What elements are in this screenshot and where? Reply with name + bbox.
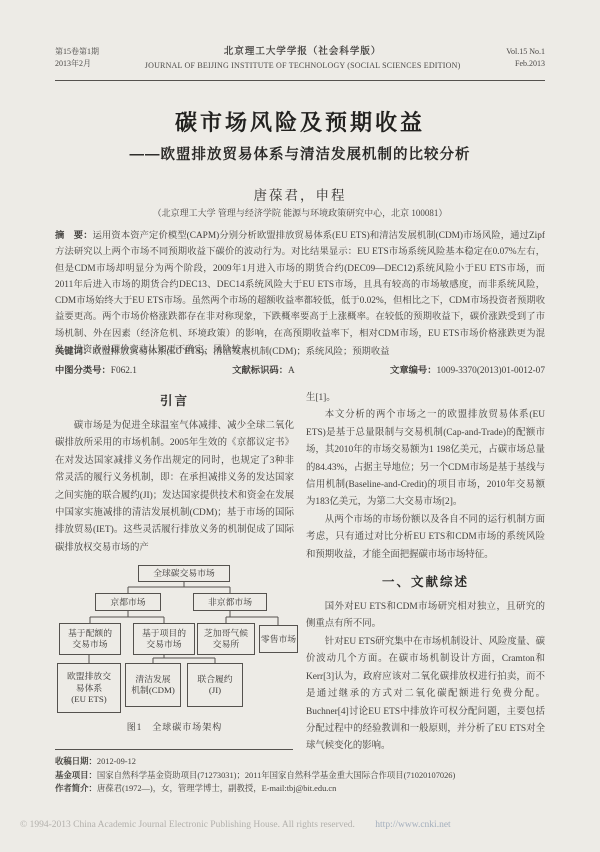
- clc-number: 中图分类号：F062.1: [55, 362, 137, 376]
- abstract-text: 运用资本资产定价模型(CAPM)分别分析欧盟排放贸易体系(EU ETS)和清洁发…: [55, 231, 545, 355]
- body-columns: 引言 碳市场是为促进全球温室气体减排、减少全球二氧化碳排放所采用的市场机制。20…: [55, 390, 545, 750]
- figure-node-cdm: 清洁发展 机制(CDM): [125, 663, 181, 707]
- body-paragraph-continuation: 生[1]。: [306, 390, 545, 407]
- footnote-received: 收稿日期：2012-09-12: [55, 755, 545, 769]
- journal-date-en: Feb.2013: [506, 58, 545, 70]
- journal-title-cn: 北京理工大学学报（社会科学版）: [105, 46, 500, 58]
- figure-node-eu-ets: 欧盟排放交 易体系 (EU ETS): [57, 663, 121, 713]
- footnote-funding: 基金项目：国家自然科学基金资助项目(71273031)；2011年国家自然科学基…: [55, 769, 545, 783]
- figure-node-chicago-exchange: 芝加哥气候 交易所: [197, 623, 255, 655]
- body-paragraph: 从两个市场的市场份额以及各自不同的运行机制方面考虑，只有通过对比分析EU ETS…: [306, 512, 545, 564]
- journal-header: 第15卷第1期 2013年2月 北京理工大学学报（社会科学版） JOURNAL …: [55, 46, 545, 72]
- authors: 唐葆君，申程: [0, 184, 600, 204]
- right-column: 生[1]。 本文分析的两个市场之一的欧盟排放贸易体系(EU ETS)是基于总量限…: [306, 390, 545, 750]
- figure-node-retail-market: 零售市场: [259, 625, 298, 653]
- footnote-block: 收稿日期：2012-09-12 基金项目：国家自然科学基金资助项目(712730…: [55, 749, 545, 796]
- keywords-text: 欧盟排放贸易体系(EU ETS)；清洁发展机制(CDM)；系统风险；预期收益: [92, 347, 389, 357]
- footnote-author-bio: 作者简介：唐葆君(1972—)，女，管理学博士，副教授，E-mail:tbj@b…: [55, 782, 545, 796]
- affiliation: （北京理工大学 管理与经济学院 能源与环境政策研究中心，北京 100081）: [0, 206, 600, 219]
- left-column: 引言 碳市场是为促进全球温室气体减排、减少全球二氧化碳排放所采用的市场机制。20…: [55, 390, 294, 750]
- journal-issue-block: 第15卷第1期 2013年2月: [55, 46, 99, 70]
- article-id: 文章编号：1009-3370(2013)01-0012-07: [390, 362, 545, 376]
- figure-node-kyoto-market: 京都市场: [95, 593, 161, 611]
- body-paragraph: 针对EU ETS研究集中在市场机制设计、风险度量、碳价波动几个方面。在碳市场机制…: [306, 634, 545, 750]
- journal-vol-en: Vol.15 No.1: [506, 46, 545, 58]
- journal-date-cn: 2013年2月: [55, 58, 99, 70]
- figure-node-ji: 联合履约 (JI): [187, 663, 243, 707]
- section-heading-literature: 一、文献综述: [306, 573, 545, 591]
- abstract-label: 摘 要：: [55, 231, 93, 241]
- paper-title: 碳市场风险及预期收益: [0, 106, 600, 137]
- meta-row: 中图分类号：F062.1 文献标识码：A 文章编号：1009-3370(2013…: [55, 362, 545, 376]
- intro-paragraph: 碳市场是为促进全球温室气体减排、减少全球二氧化碳排放所采用的市场机制。2005年…: [55, 418, 294, 557]
- figure-caption: 图1 全球碳市场架构: [55, 719, 294, 736]
- footer-url: http://www.cnki.net: [375, 820, 450, 830]
- figure-node-non-kyoto-market: 非京都市场: [193, 593, 267, 611]
- journal-vol-block: Vol.15 No.1 Feb.2013: [506, 46, 545, 70]
- abstract-section: 摘 要：运用资本资产定价模型(CAPM)分别分析欧盟排放贸易体系(EU ETS)…: [55, 228, 545, 358]
- figure-1: 全球碳交易市场 京都市场 非京都市场 基于配额的 交易市场 基于项目的 交易市场…: [55, 565, 298, 715]
- intro-heading: 引言: [55, 392, 294, 410]
- figure-node-global-market: 全球碳交易市场: [138, 565, 230, 582]
- paper-page: 第15卷第1期 2013年2月 北京理工大学学报（社会科学版） JOURNAL …: [0, 0, 600, 852]
- journal-title-en: JOURNAL OF BEIJING INSTITUTE OF TECHNOLO…: [105, 60, 500, 72]
- keywords-label: 关键词：: [55, 347, 92, 357]
- footnote-divider: [55, 749, 293, 750]
- cnki-footer: © 1994-2013 China Academic Journal Elect…: [20, 820, 580, 830]
- footer-copyright: © 1994-2013 China Academic Journal Elect…: [20, 820, 355, 830]
- figure-node-project-market: 基于项目的 交易市场: [133, 623, 195, 655]
- header-divider: [55, 80, 545, 81]
- body-paragraph: 国外对EU ETS和CDM市场研究相对独立，且研究的侧重点有所不同。: [306, 599, 545, 634]
- body-paragraph: 本文分析的两个市场之一的欧盟排放贸易体系(EU ETS)是基于总量限制与交易机制…: [306, 407, 545, 511]
- paper-subtitle: ——欧盟排放贸易体系与清洁发展机制的比较分析: [0, 143, 600, 164]
- journal-issue-cn: 第15卷第1期: [55, 46, 99, 58]
- journal-title-block: 北京理工大学学报（社会科学版） JOURNAL OF BEIJING INSTI…: [99, 46, 506, 72]
- document-code: 文献标识码：A: [232, 362, 295, 376]
- figure-node-quota-market: 基于配额的 交易市场: [59, 623, 121, 655]
- keywords-line: 关键词：欧盟排放贸易体系(EU ETS)；清洁发展机制(CDM)；系统风险；预期…: [55, 345, 545, 359]
